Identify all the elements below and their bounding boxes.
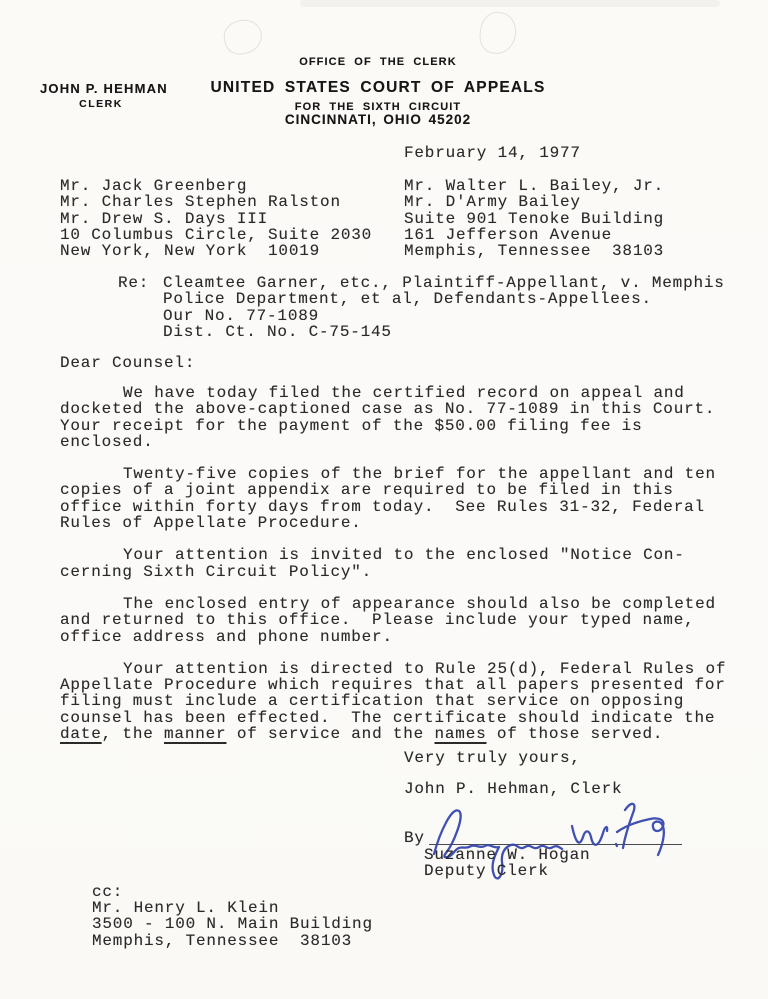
letterhead-city-line: CINCINNATI, OHIO 45202 bbox=[0, 112, 756, 127]
scan-streak bbox=[300, 0, 720, 7]
letter-page: OFFICE OF THE CLERK JOHN P. HEHMAN CLERK… bbox=[0, 0, 768, 999]
body-paragraph-1: We have today filed the certified record… bbox=[60, 385, 750, 450]
body-paragraph-4: The enclosed entry of appearance should … bbox=[60, 596, 750, 645]
letter-date: February 14, 1977 bbox=[404, 145, 581, 161]
letter-body: We have today filed the certified record… bbox=[60, 385, 750, 758]
smudge-mark-left bbox=[221, 16, 265, 57]
re-block: Cleamtee Garner, etc., Plaintiff-Appella… bbox=[163, 275, 725, 340]
re-label: Re: bbox=[118, 275, 149, 291]
signer-name: John P. Hehman, Clerk bbox=[404, 781, 622, 797]
smudge-mark-right bbox=[477, 10, 518, 57]
body-paragraph-2: Twenty-five copies of the brief for the … bbox=[60, 466, 750, 531]
body-paragraph-5: Your attention is directed to Rule 25(d)… bbox=[60, 661, 750, 742]
recipient-address-right: Mr. Walter L. Bailey, Jr. Mr. D'Army Bai… bbox=[404, 178, 664, 259]
typed-signer-name: Suzanne W. Hogan bbox=[424, 847, 590, 863]
salutation: Dear Counsel: bbox=[60, 355, 195, 371]
valediction: Very truly yours, bbox=[404, 750, 581, 766]
typed-signer-title: Deputy Clerk bbox=[424, 863, 549, 879]
recipient-address-left: Mr. Jack Greenberg Mr. Charles Stephen R… bbox=[60, 178, 372, 259]
cc-label: cc: bbox=[92, 884, 123, 900]
cc-block: Mr. Henry L. Klein 3500 - 100 N. Main Bu… bbox=[92, 900, 373, 949]
letterhead-office-line: OFFICE OF THE CLERK bbox=[0, 56, 756, 68]
letterhead-court-name: UNITED STATES COURT OF APPEALS bbox=[0, 79, 756, 97]
body-paragraph-3: Your attention is invited to the enclose… bbox=[60, 547, 750, 580]
